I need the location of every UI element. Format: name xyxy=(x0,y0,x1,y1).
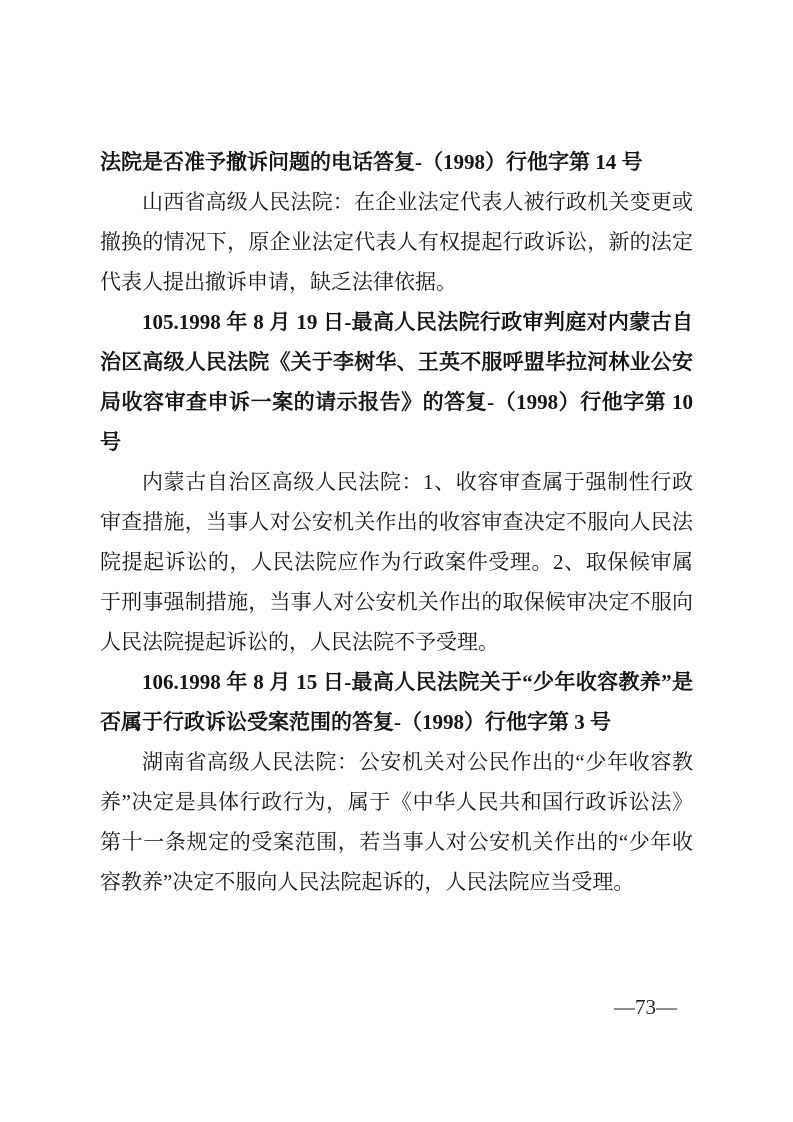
entry-106-title: 106.1998 年 8 月 15 日-最高人民法院关于“少年收容教养”是否属于… xyxy=(100,662,693,742)
entry-105-reply-paragraph: 内蒙古自治区高级人民法院：1、收容审查属于强制性行政审查措施，当事人对公安机关作… xyxy=(100,462,693,662)
document-content: 法院是否准予撤诉问题的电话答复-（1998）行他字第 14 号 山西省高级人民法… xyxy=(100,142,693,902)
document-page: 法院是否准予撤诉问题的电话答复-（1998）行他字第 14 号 山西省高级人民法… xyxy=(0,0,793,1122)
page-number: —73— xyxy=(614,992,677,1022)
entry-104-reply-paragraph: 山西省高级人民法院：在企业法定代表人被行政机关变更或撤换的情况下，原企业法定代表… xyxy=(100,182,693,302)
entry-104-title-continuation: 法院是否准予撤诉问题的电话答复-（1998）行他字第 14 号 xyxy=(100,142,693,182)
entry-105-title: 105.1998 年 8 月 19 日-最高人民法院行政审判庭对内蒙古自治区高级… xyxy=(100,302,693,462)
entry-106-reply-paragraph: 湖南省高级人民法院：公安机关对公民作出的“少年收容教养”决定是具体行政行为，属于… xyxy=(100,742,693,902)
